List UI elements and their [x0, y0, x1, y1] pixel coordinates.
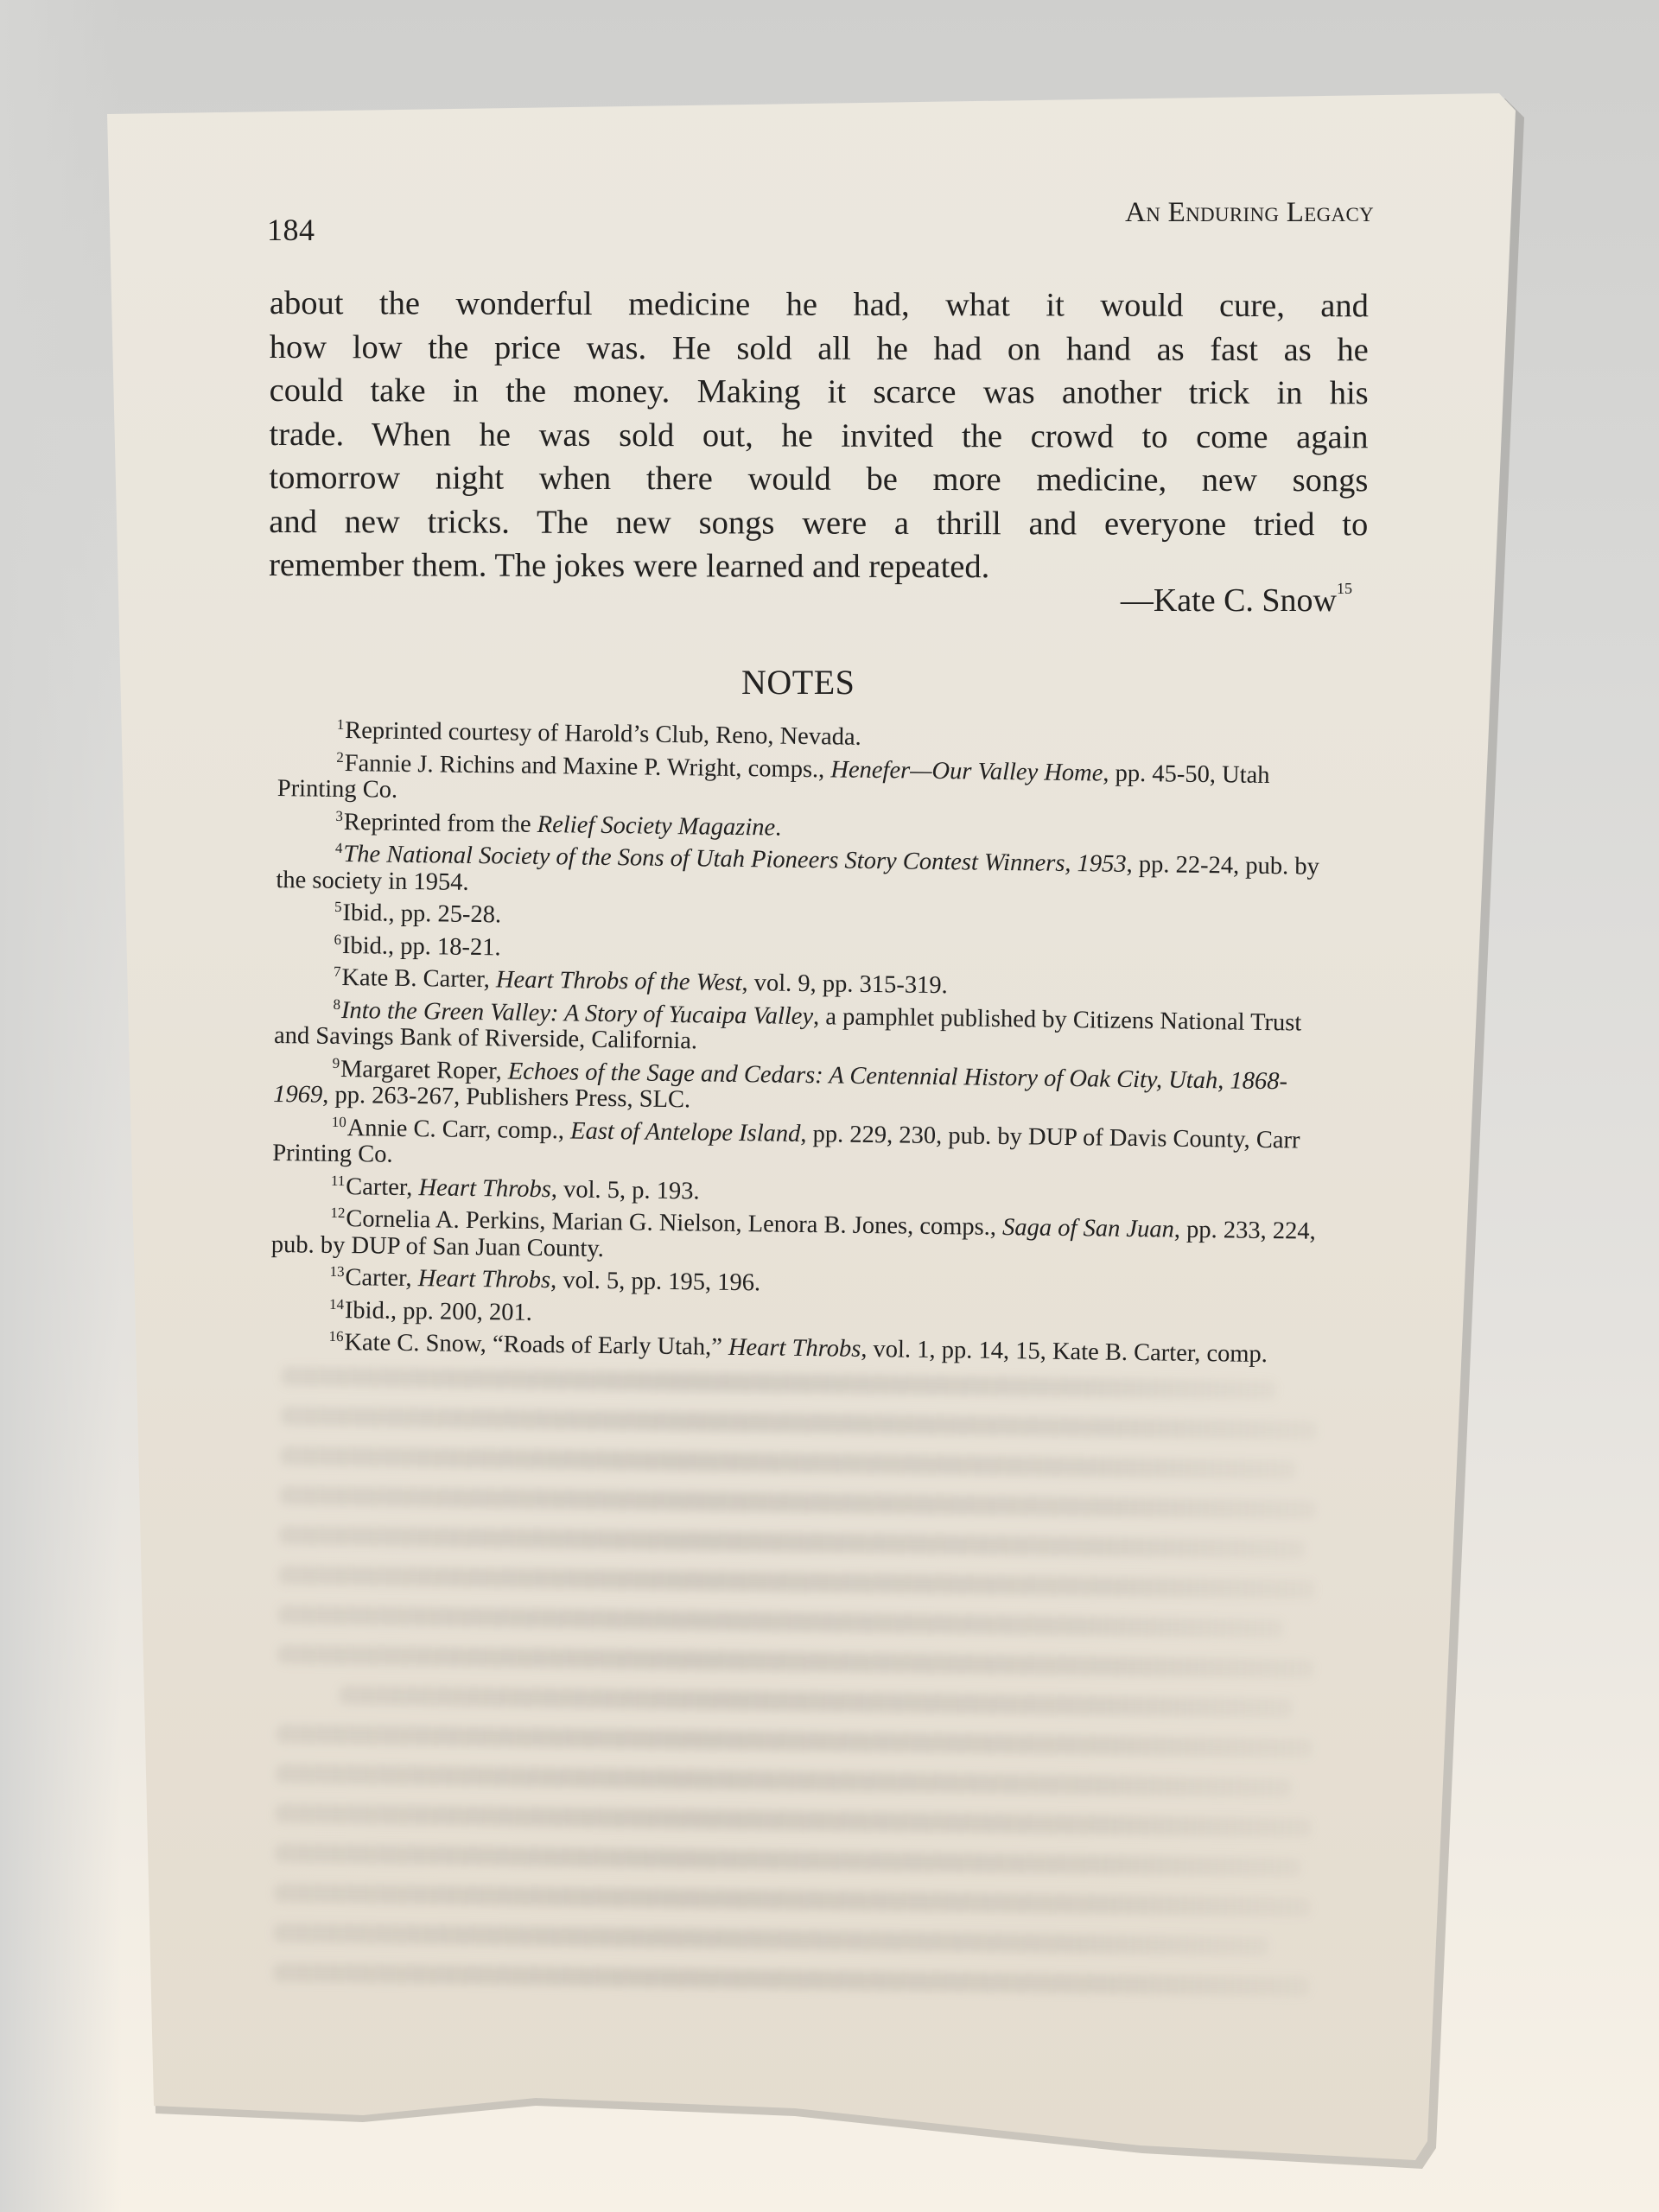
note-text: , vol. 5, pp. 195, 196.	[550, 1267, 760, 1296]
note-text: , vol. 1, pp. 14, 15, Kate B. Carter, co…	[861, 1336, 1268, 1368]
note-text: Kate B. Carter,	[341, 964, 496, 993]
note-title-italic: Heart Throbs of the West	[496, 966, 742, 996]
note-title-italic: Relief Society Magazine	[537, 810, 776, 841]
note-number: 9	[333, 1054, 340, 1071]
notes-list: 1Reprinted courtesy of Harold’s Club, Re…	[270, 711, 1337, 1369]
note-text: , pp. 263-267, Publishers Press, SLC.	[322, 1082, 690, 1114]
page-content: 184 An Enduring Legacy about the wonderf…	[0, 0, 1659, 2212]
note-number: 14	[329, 1295, 344, 1312]
note-title-italic: Saga of San Juan	[1002, 1214, 1174, 1243]
note-title-italic: Heart Throbs	[418, 1265, 551, 1294]
note-number: 12	[330, 1205, 345, 1221]
footnote-ref: 15	[1337, 580, 1352, 597]
note-title-italic: Henefer—Our Valley Home	[830, 756, 1103, 786]
note-text: Annie C. Carr, comp.,	[346, 1115, 570, 1144]
notes-heading: NOTES	[741, 662, 855, 702]
running-head: An Enduring Legacy	[1125, 197, 1374, 229]
note-number: 8	[333, 995, 340, 1012]
note-number: 7	[334, 963, 341, 980]
body-paragraph: about the wonderful medicine he had, wha…	[269, 282, 1369, 590]
note-text: Ibid., pp. 25-28.	[342, 899, 501, 928]
note-text: Carter,	[346, 1173, 419, 1201]
note-text: Ibid., pp. 18-21.	[342, 931, 501, 960]
note-number: 6	[334, 931, 341, 947]
note-text: Ibid., pp. 200, 201.	[345, 1297, 532, 1326]
note-number: 5	[334, 899, 342, 915]
note-title-italic: Heart Throbs	[728, 1334, 861, 1363]
note-number: 4	[335, 840, 343, 856]
note-number: 2	[336, 748, 344, 765]
body-line: trade. When he was sold out, he invited …	[269, 412, 1368, 459]
body-line: how low the price was. He sold all he ha…	[270, 325, 1369, 372]
note-text: Reprinted from the	[344, 809, 537, 838]
note-number: 13	[329, 1263, 344, 1280]
body-line: and new tricks. The new songs were a thr…	[269, 499, 1368, 546]
note-number: 1	[337, 716, 345, 733]
body-line: tomorrow night when there would be more …	[269, 456, 1368, 503]
quote-attribution: —Kate C. Snow15	[1121, 580, 1352, 620]
body-line: could take in the money. Making it scarc…	[270, 369, 1369, 416]
note-text: Carter,	[345, 1264, 418, 1292]
note-number: 11	[331, 1172, 346, 1188]
note-title-italic: Heart Throbs	[418, 1174, 551, 1203]
attribution-author: —Kate C. Snow	[1121, 582, 1337, 619]
note-text: Margaret Roper,	[340, 1055, 508, 1084]
note-text: .	[775, 814, 782, 841]
note-number: 3	[335, 807, 343, 823]
note-title-italic: East of Antelope Island	[570, 1117, 801, 1147]
note-text: , vol. 5, p. 193.	[551, 1176, 700, 1205]
note-text: , vol. 9, pp. 315-319.	[741, 969, 948, 999]
note-text: Fannie J. Richins and Maxine P. Wright, …	[345, 750, 831, 783]
note-number: 16	[328, 1328, 343, 1344]
page-number: 184	[267, 212, 315, 248]
note-number: 10	[332, 1113, 346, 1129]
note-text: Kate C. Snow, “Roads of Early Utah,”	[344, 1329, 728, 1361]
body-line: about the wonderful medicine he had, wha…	[270, 282, 1369, 328]
